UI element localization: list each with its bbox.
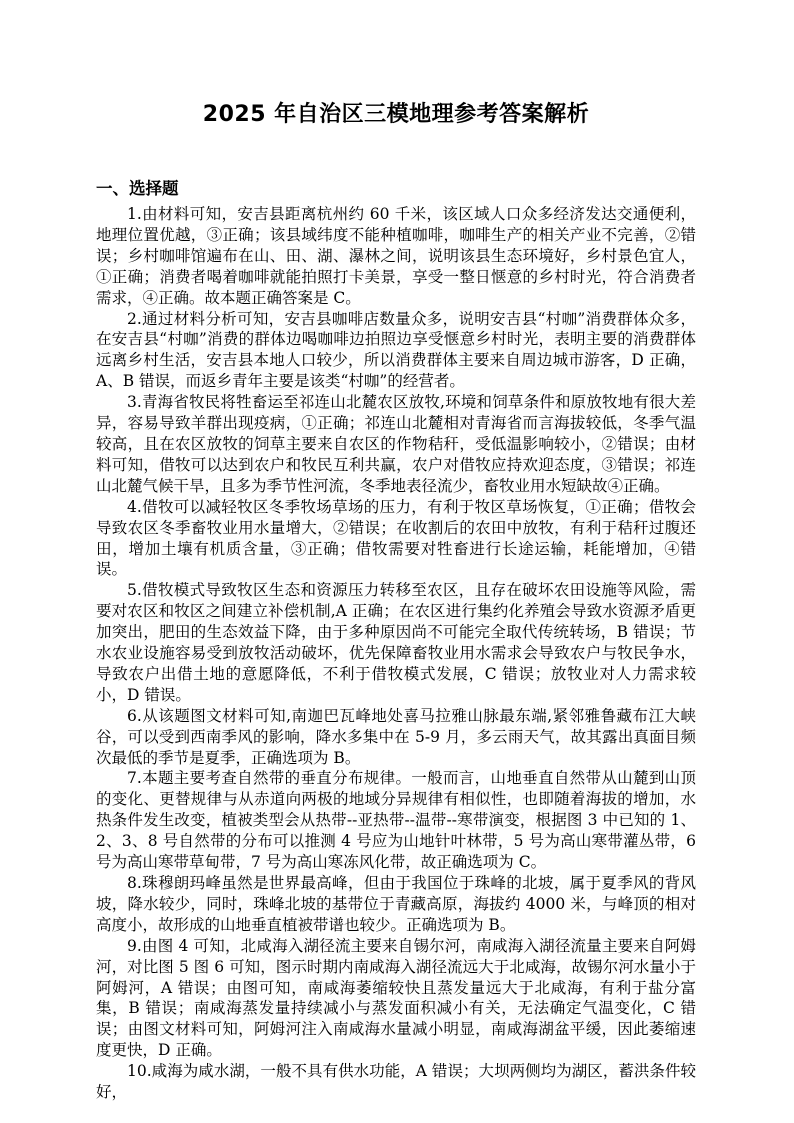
answer-paragraph-5: 5.借牧模式导致牧区生态和资源压力转移至农区，且存在破坏农田设施等风险，需要对农… — [96, 580, 696, 705]
answer-paragraph-9: 9.由图 4 可知，北咸海入湖径流主要来自锡尔河，南咸海入湖径流量主要来自阿姆河… — [96, 936, 696, 1061]
answer-explanations: 1.由材料可知，安吉县距离杭州约 60 千米，该区域人口众多经济发达交通便利，地… — [96, 204, 696, 1103]
answer-paragraph-3: 3.青海省牧民将牲畜运至祁连山北麓农区放牧,环境和饲草条件和原放牧地有很大差异，… — [96, 392, 696, 497]
answer-paragraph-1: 1.由材料可知，安吉县距离杭州约 60 千米，该区域人口众多经济发达交通便利，地… — [96, 204, 696, 309]
page-title: 2025 年自治区三模地理参考答案解析 — [96, 98, 696, 132]
answer-paragraph-8: 8.珠穆朗玛峰虽然是世界最高峰，但由于我国位于珠峰的北坡，属于夏季风的背风坡，降… — [96, 873, 696, 936]
answer-paragraph-7: 7.本题主要考查自然带的垂直分布规律。一般而言，山地垂直自然带从山麓到山顶的变化… — [96, 768, 696, 873]
answer-paragraph-4: 4.借牧可以减轻牧区冬季牧场草场的压力，有利于牧区草场恢复，①正确；借牧会导致农… — [96, 497, 696, 581]
document-page: 2025 年自治区三模地理参考答案解析 一、选择题 1.由材料可知，安吉县距离杭… — [0, 0, 794, 1123]
answer-paragraph-2: 2.通过材料分析可知，安吉县咖啡店数量众多，说明安吉县“村咖”消费群体众多，在安… — [96, 309, 696, 393]
section-heading-multiple-choice: 一、选择题 — [96, 178, 696, 200]
answer-paragraph-10: 10.咸海为咸水湖，一般不具有供水功能，A 错误；大坝两侧均为湖区，蓄洪条件较好… — [96, 1061, 696, 1103]
answer-paragraph-6: 6.从该题图文材料可知,南迦巴瓦峰地处喜马拉雅山脉最东端,紧邻雅鲁藏布江大峡谷，… — [96, 706, 696, 769]
